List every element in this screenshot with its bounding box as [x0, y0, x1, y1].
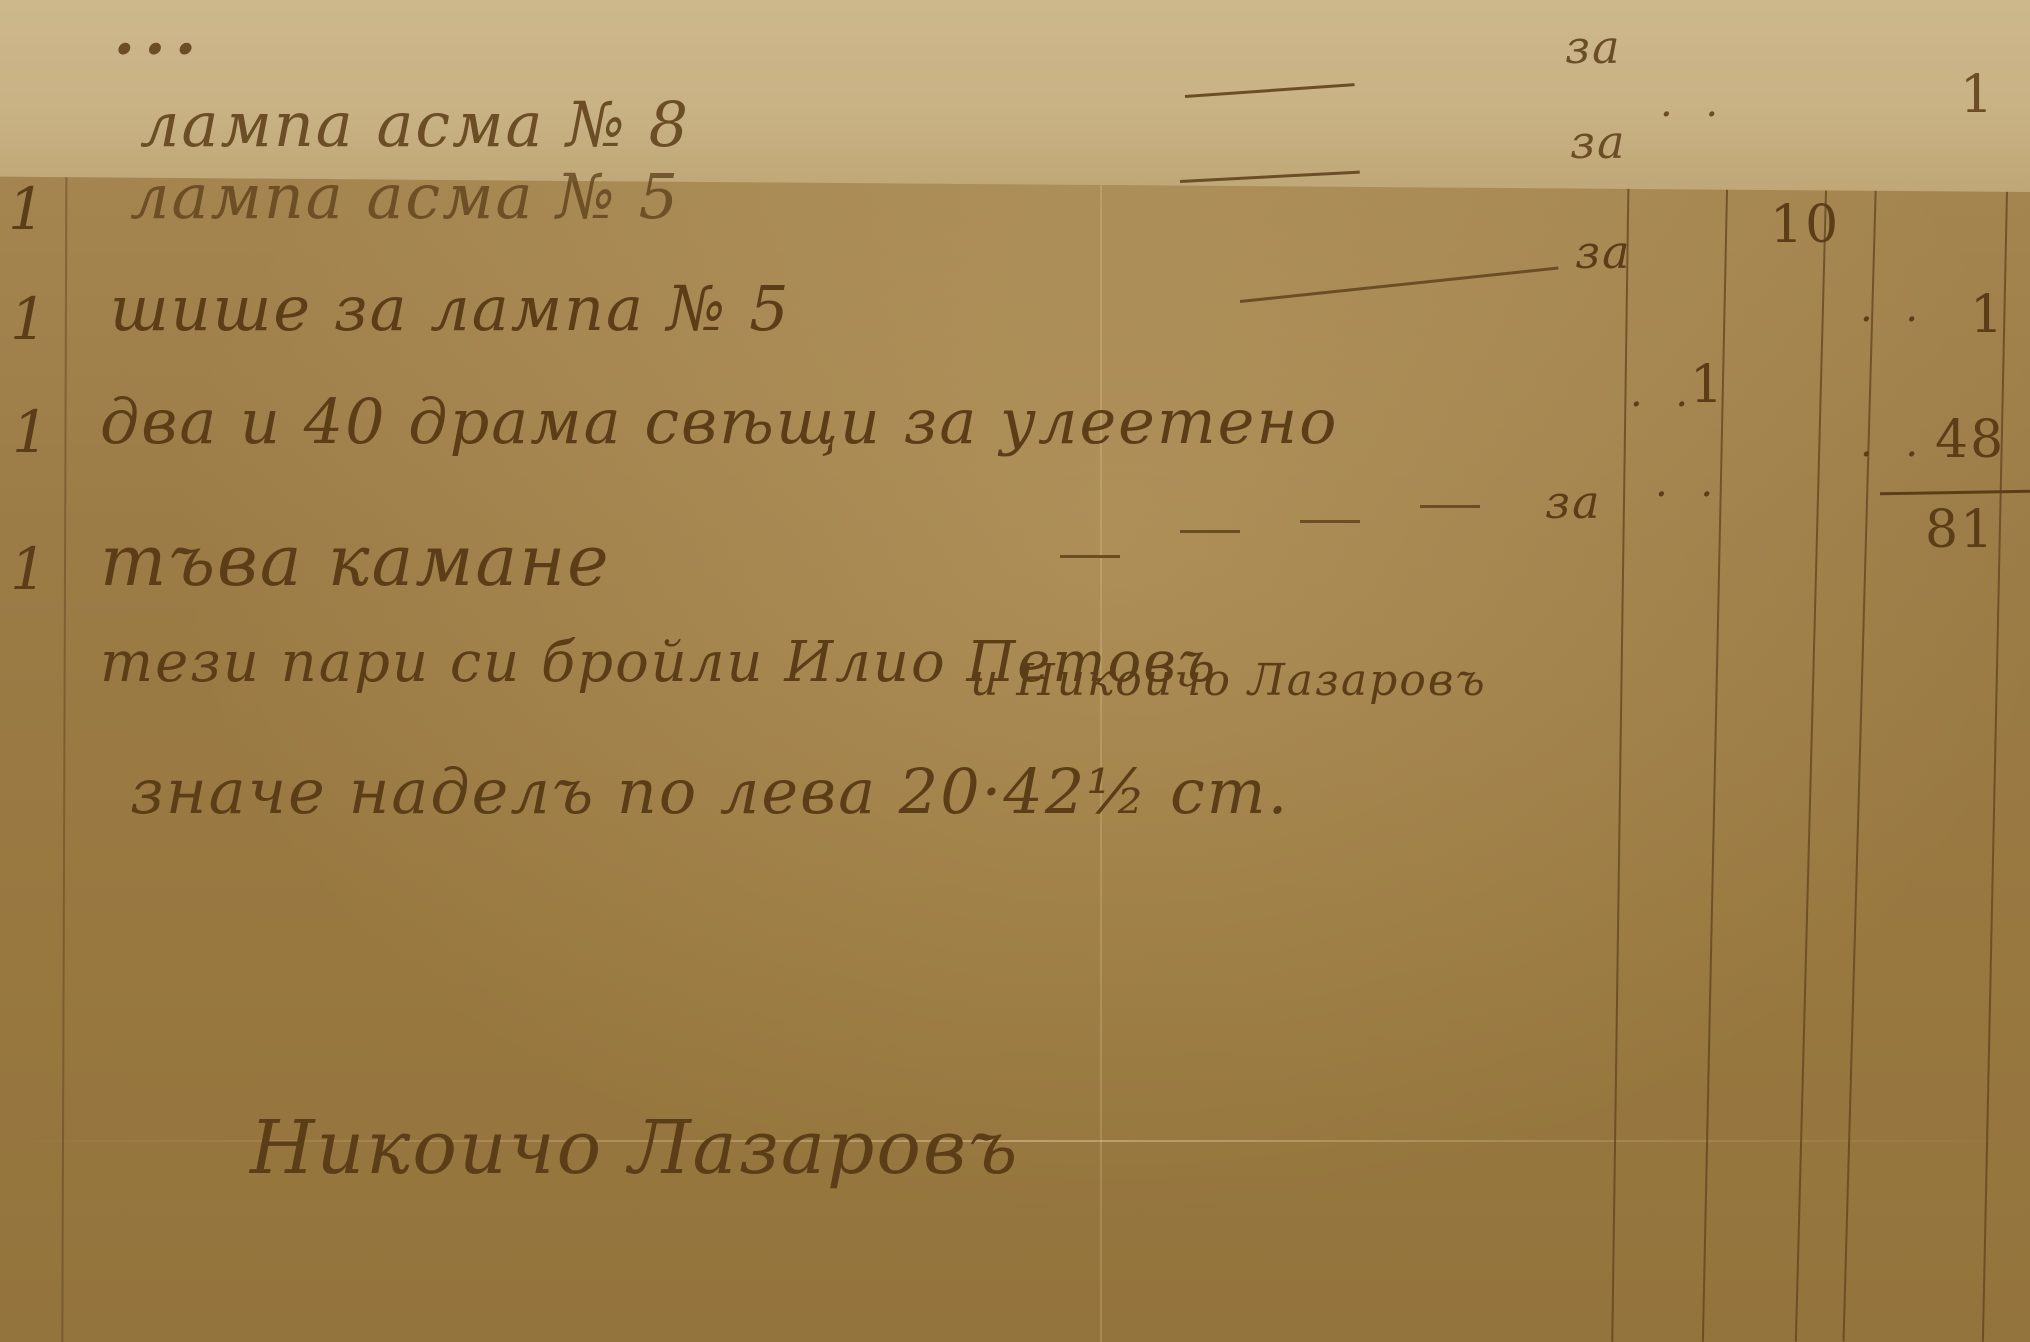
dots: . .	[1860, 420, 1928, 466]
line-item-description: шише за лампа № 5	[110, 272, 791, 345]
note-line-1-insert: и Никоичо Лазаровъ	[970, 655, 1487, 706]
dots: . .	[1660, 80, 1728, 126]
dots: . .	[1630, 370, 1698, 416]
za-label: за	[1570, 115, 1627, 169]
dash-line	[1060, 555, 1120, 558]
line-item-amount: 48	[1935, 410, 2005, 470]
line-item-amount: 1	[1960, 65, 1995, 125]
za-label: за	[1565, 20, 1622, 74]
line-item-description: два и 40 драма свѣщи за улеетено	[100, 385, 1339, 458]
line-item-qty: 1	[10, 535, 49, 603]
line-item-qty: 1	[8, 175, 47, 243]
note-line-2: значе наделъ по лева 20·42½ ст.	[130, 755, 1289, 828]
dots: . .	[1860, 285, 1928, 331]
top-fragment: ...	[110, 0, 202, 75]
dash-line	[1180, 530, 1240, 533]
signature: Никоичо Лазаровъ	[250, 1105, 1019, 1191]
line-item-amount: 1	[1970, 285, 2005, 345]
dash-line	[1300, 520, 1360, 523]
line-item-description: лампа асма № 8	[140, 88, 690, 161]
total-amount: 81	[1925, 500, 1995, 560]
line-item-qty: 1	[12, 398, 51, 466]
dots: . .	[1655, 460, 1723, 506]
za-label: за	[1545, 475, 1602, 529]
line-item-qty: 1	[10, 285, 49, 353]
za-label: за	[1575, 225, 1632, 279]
line-item-description: тъва камане	[100, 520, 611, 602]
line-item-column-b: 10	[1770, 195, 1840, 255]
line-item-description: лампа асма № 5	[130, 160, 680, 233]
dash-line	[1420, 505, 1480, 508]
